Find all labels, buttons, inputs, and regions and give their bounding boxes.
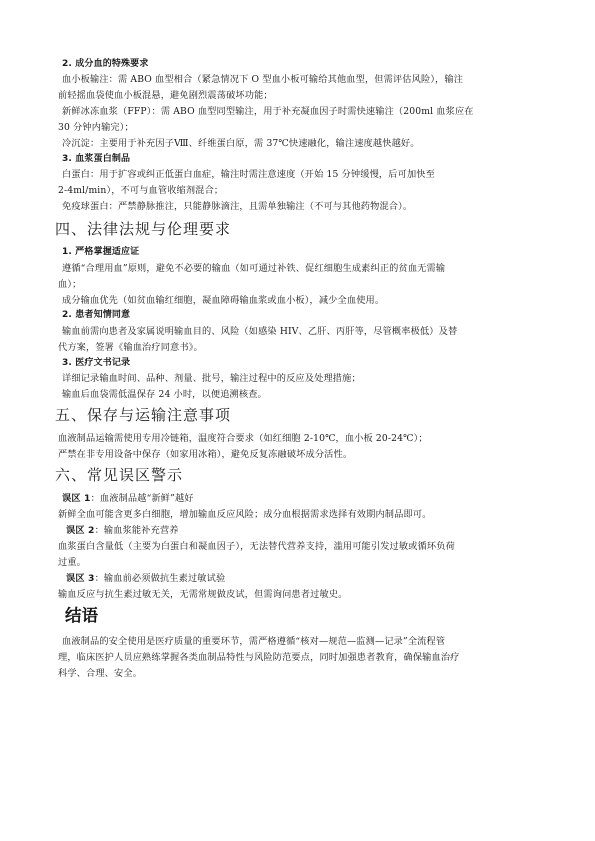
paragraph-line: 过重。: [58, 556, 86, 569]
paragraph-line: 输血后血袋需低温保存 24 小时，以便追溯核查。: [62, 388, 267, 401]
section-title-storage: 五、保存与运输注意事项: [55, 405, 231, 425]
paragraph-line: 遵循“合理用血”原则，避免不必要的输血（如可通过补铁、促红细胞生成素纠正的贫血无…: [62, 262, 445, 275]
paragraph-line: 血浆蛋白含量低（主要为白蛋白和凝血因子），无法替代营养支持，滥用可能引发过敏或循…: [58, 540, 455, 553]
myth-title: ：输血前必须做抗生素过敏试验: [95, 573, 226, 584]
myth-heading-3: 误区 3：输血前必须做抗生素过敏试验: [66, 572, 225, 585]
paragraph-line: 成分输血优先（如贫血输红细胞，凝血障碍输血浆或血小板），减少全血使用。: [62, 294, 384, 307]
paragraph-line: 新鲜全血可能含更多白细胞，增加输血反应风险；成分血根据需求选择有效期内制品即可。: [58, 508, 432, 521]
paragraph-line: 冷沉淀：主要用于补充因子Ⅷ、纤维蛋白原，需 37℃快速融化，输注速度越快越好。: [62, 137, 420, 150]
paragraph-line: 输血前需向患者及家属说明输血目的、风险（如感染 HIV、乙肝、丙肝等，尽管概率极…: [62, 325, 457, 338]
paragraph-line: 30 分钟内输完）；: [58, 121, 134, 134]
subheading-component-blood: 2. 成分血的特殊要求: [62, 58, 148, 71]
section-title-conclusion: 结语: [65, 605, 98, 627]
paragraph-line: 输血反应与抗生素过敏无关，无需常规做皮试，但需询问患者过敏史。: [58, 588, 347, 601]
paragraph-line: 严禁在非专用设备中保存（如家用冰箱），避免反复冻融破坏成分活性。: [58, 448, 352, 461]
myth-label: 误区 3: [66, 573, 95, 584]
paragraph-line: 详细记录输血时间、品种、剂量、批号，输注过程中的反应及处理措施；: [62, 372, 361, 385]
paragraph-line: 血液制品运输需使用专用冷链箱，温度符合要求（如红细胞 2-10℃，血小板 20-…: [58, 432, 428, 445]
paragraph-line: 科学、合理、安全。: [58, 667, 142, 680]
myth-title: ：血液制品越“新鲜”越好: [91, 493, 194, 504]
paragraph-line: 前轻摇血袋使血小板混悬，避免剧烈震荡破坏功能；: [58, 89, 273, 102]
paragraph-line: 代方案，签署《输血治疗同意书》。: [58, 341, 203, 354]
section-title-misconceptions: 六、常见误区警示: [55, 465, 183, 485]
paragraph-line: 免疫球蛋白：严禁静脉推注，只能静脉滴注，且需单独输注（不可与其他药物混合）。: [62, 200, 412, 213]
myth-label: 误区 2: [66, 525, 95, 536]
subheading-plasma-protein: 3. 血浆蛋白制品: [62, 153, 130, 166]
paragraph-line: 血液制品的安全使用是医疗质量的重要环节，需严格遵循“核对—规范—监测—记录”全流…: [62, 635, 445, 648]
paragraph-line: 理，临床医护人员应熟练掌握各类血制品特性与风险防范要点，同时加强患者教育，确保输…: [58, 651, 460, 664]
myth-heading-1: 误区 1：血液制品越“新鲜”越好: [62, 492, 194, 505]
subheading-indications: 1. 严格掌握适应证: [62, 246, 139, 259]
subheading-informed-consent: 2. 患者知情同意: [62, 309, 130, 322]
paragraph-line: 血小板输注：需 ABO 血型相合（紧急情况下 O 型血小板可输给其他血型，但需评…: [62, 73, 463, 86]
paragraph-line: 新鲜冰冻血浆（FFP）：需 ABO 血型同型输注，用于补充凝血因子时需快速输注（…: [62, 105, 474, 118]
subheading-medical-records: 3. 医疗文书记录: [62, 357, 130, 370]
myth-label: 误区 1: [62, 493, 91, 504]
paragraph-line: 血）；: [58, 278, 81, 291]
myth-title: ：输血浆能补充营养: [95, 525, 179, 536]
paragraph-line: 2-4ml/min），不可与血管收缩剂混合；: [58, 184, 223, 197]
paragraph-line: 白蛋白：用于扩容或纠正低蛋白血症，输注时需注意速度（开始 15 分钟缓慢，后可加…: [62, 168, 435, 181]
section-title-legal: 四、法律法规与伦理要求: [55, 219, 231, 239]
myth-heading-2: 误区 2：输血浆能补充营养: [66, 524, 179, 537]
